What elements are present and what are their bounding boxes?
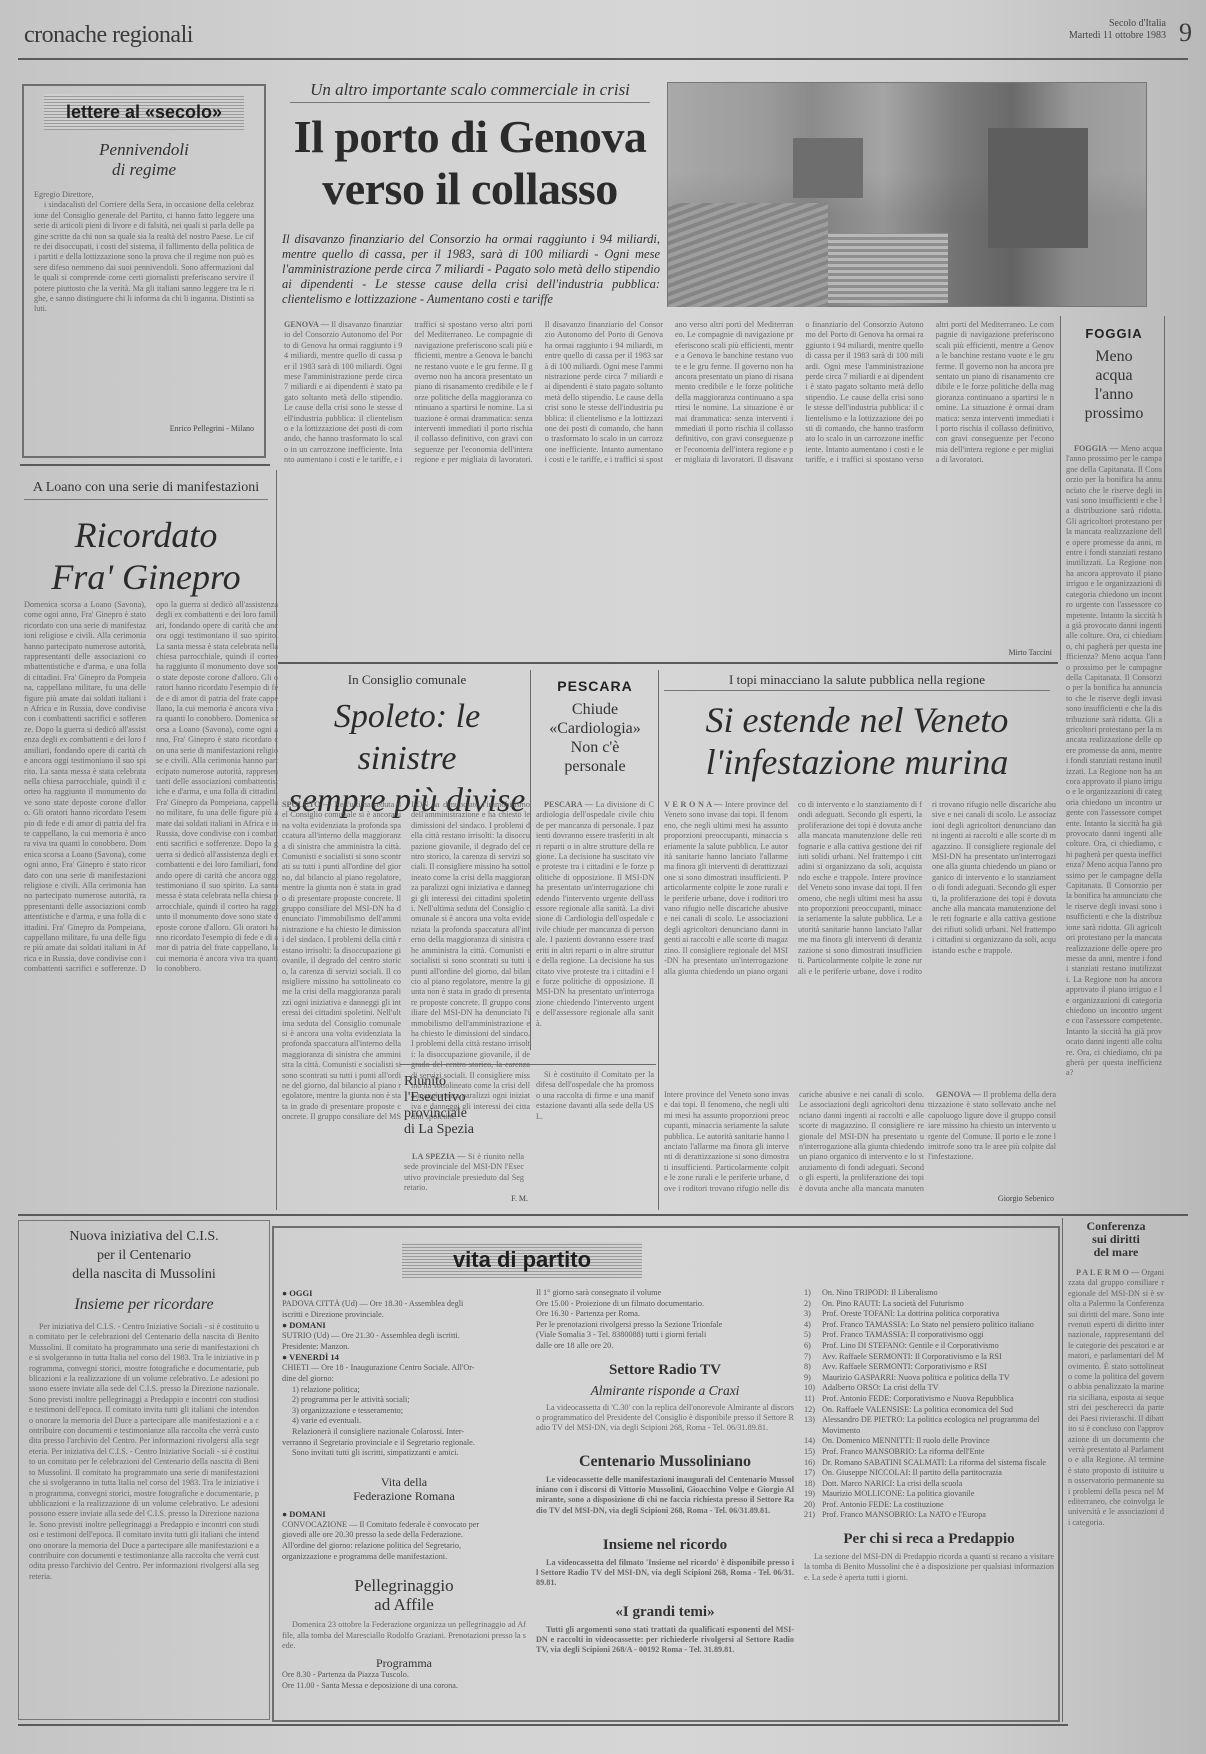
- letters-badge: lettere al «secolo»: [44, 94, 244, 130]
- speaker-text: Prof. Lino DI STEFANO: Gentile e il Corp…: [822, 1341, 999, 1352]
- vita-badge: vita di partito: [402, 1242, 642, 1278]
- section-label: ● DOMANI: [282, 1509, 526, 1520]
- vita-col1: ● OGGI PADOVA CITTÀ (Ud) — Ore 18.30 - A…: [282, 1288, 526, 1718]
- speaker-text: On. Domenico MENNITTI: Il ruolo delle Pr…: [822, 1436, 990, 1447]
- settore-subtitle: Almirante risponde a Craxi: [536, 1383, 794, 1399]
- insieme-body: La videocassetta del filmato 'Insieme ne…: [536, 1558, 794, 1590]
- temi-title: «I grandi temi»: [536, 1604, 794, 1621]
- vita-col2: Il 1° giorno sarà consegnato il volume O…: [536, 1288, 794, 1718]
- section-label: ● VENERDÌ 14: [282, 1352, 526, 1363]
- veneto-header: I topi minacciano la salute pubblica nel…: [664, 672, 1050, 783]
- foggia-box: FOGGIA Meno acqua l'anno prossimo: [1066, 326, 1162, 423]
- pescara-title: Chiude «Cardiologia» Non c'è personale: [534, 700, 656, 776]
- temi-body: Tutti gli argomenti sono stati trattati …: [536, 1625, 794, 1677]
- port-photo: [667, 82, 1147, 307]
- divider: [18, 1724, 1068, 1726]
- main-dateline: GENOVA —: [284, 320, 329, 329]
- speaker-item: 5)Prof. Franco TAMASSIA: Il corporativis…: [804, 1330, 1054, 1341]
- photo-ship: [988, 128, 1088, 248]
- letters-body: i sindacalisti del Corriere della Sera, …: [34, 200, 254, 422]
- pescara-badge: PESCARA: [534, 678, 656, 694]
- letters-signature: Enrico Pellegrini - Milano: [34, 424, 254, 433]
- speaker-text: Avv. Raffaele SERMONTI: Corporativismo e…: [822, 1362, 987, 1373]
- speaker-text: Prof. Antonio FEDE: Corporativismo e Nuo…: [822, 1394, 1014, 1405]
- column-rule: [530, 670, 531, 1050]
- column-rule: [1164, 316, 1165, 660]
- speaker-item: 13)Alessandro DE PIETRO: La politica eco…: [804, 1415, 1054, 1436]
- column-rule: [1062, 1218, 1063, 1722]
- speaker-text: Prof. Franco TAMASSIA: Il corporativismo…: [822, 1330, 984, 1341]
- veneto-body: V E R O N A — Intere province del Veneto…: [664, 800, 1056, 1090]
- speaker-text: On. Nino TRIPODI: Il Liberalismo: [822, 1288, 938, 1299]
- speaker-number: 7): [804, 1352, 822, 1363]
- speaker-item: 14)On. Domenico MENNITTI: Il ruolo delle…: [804, 1436, 1054, 1447]
- speaker-text: On. Pino RAUTI: La società del Futurismo: [822, 1299, 964, 1310]
- vita-di-partito-box: vita di partito ● OGGI PADOVA CITTÀ (Ud)…: [272, 1226, 1060, 1722]
- speaker-item: 15)Prof. Franco MANSOBRIO: La riforma de…: [804, 1447, 1054, 1458]
- divider: [400, 1064, 656, 1065]
- speaker-number: 6): [804, 1341, 822, 1352]
- loano-kicker: A Loano con una serie di manifestazioni: [24, 480, 268, 500]
- letters-box: lettere al «secolo» Pennivendoli di regi…: [22, 84, 266, 458]
- veneto-headline: Si estende nel Veneto l'infestazione mur…: [664, 699, 1050, 783]
- speaker-number: 10): [804, 1383, 822, 1394]
- divider: [20, 464, 270, 466]
- masthead-rule: [18, 58, 1188, 60]
- veneto-kicker: I topi minacciano la salute pubblica nel…: [664, 672, 1050, 691]
- conferenza-body: P A L E R M O — Organizzata dal gruppo c…: [1068, 1268, 1164, 1718]
- speaker-text: Prof. Franco TAMASSIA: Lo Stato nel pens…: [822, 1320, 1034, 1331]
- divider: [278, 662, 1058, 664]
- programma-title: Programma: [282, 1656, 526, 1670]
- pellegrinaggio-title: Pellegrinaggio ad Affile: [282, 1576, 526, 1614]
- section-label: ● OGGI: [282, 1288, 526, 1299]
- speaker-number: 15): [804, 1447, 822, 1458]
- cis-box: Nuova iniziativa del C.I.S. per il Cente…: [18, 1220, 270, 1720]
- letters-title: Pennivendoli di regime: [34, 140, 254, 180]
- predappio-title: Per chi si reca a Predappio: [804, 1531, 1054, 1548]
- conferenza-title: Conferenza sui diritti del mare: [1068, 1220, 1164, 1259]
- speaker-number: 17): [804, 1468, 822, 1479]
- speaker-number: 19): [804, 1489, 822, 1500]
- speaker-item: 12)On. Raffaele VALENSISE: La politica e…: [804, 1405, 1054, 1416]
- foggia-title: Meno acqua l'anno prossimo: [1066, 347, 1162, 423]
- speaker-text: Maurizio GASPARRI: Nuova politica e poli…: [822, 1373, 1010, 1384]
- loano-body: Domenica scorsa a Loano (Savona), come o…: [24, 600, 278, 1200]
- speaker-text: On. Raffaele VALENSISE: La politica econ…: [822, 1405, 1013, 1416]
- speaker-number: 18): [804, 1479, 822, 1490]
- speaker-item: 19)Maurizio MOLLICONE: La politica giova…: [804, 1489, 1054, 1500]
- speaker-item: 18)Dott. Marco NARICI: La crisi della sc…: [804, 1479, 1054, 1490]
- speaker-item: 11)Prof. Antonio FEDE: Corporativismo e …: [804, 1394, 1054, 1405]
- letters-salutation: Egregio Direttore,: [34, 190, 254, 200]
- speaker-text: Maurizio MOLLICONE: La politica giovanil…: [822, 1489, 974, 1500]
- column-rule: [276, 470, 277, 1210]
- speaker-number: 8): [804, 1362, 822, 1373]
- pellegrinaggio-body: Domenica 23 ottobre la Federazione organ…: [282, 1620, 526, 1652]
- pescara-body: PESCARA — La divisione di Cardiologia de…: [536, 800, 654, 1040]
- veneto-genova: GENOVA — Il problema della derattizzazio…: [928, 1090, 1056, 1190]
- masthead-info: Secolo d'Italia Martedì 11 ottobre 1983: [1069, 18, 1166, 42]
- photo-ship: [793, 138, 863, 198]
- divider: [18, 1214, 1188, 1216]
- main-kicker: Un altro importante scalo commerciale in…: [290, 80, 650, 103]
- spezia-headline: Riunito l'Esecutivo provinciale di La Sp…: [404, 1074, 524, 1138]
- photo-shore: [668, 203, 828, 307]
- photo-pier: [828, 233, 948, 303]
- speaker-item: 10)Adalberto ORSO: La crisi della TV: [804, 1383, 1054, 1394]
- speaker-text: On. Giuseppe NICCOLAI: Il partito della …: [822, 1468, 1002, 1479]
- speaker-item: 4)Prof. Franco TAMASSIA: Lo Stato nel pe…: [804, 1320, 1054, 1331]
- speaker-item: 9)Maurizio GASPARRI: Nuova politica e po…: [804, 1373, 1054, 1384]
- settore-title: Settore Radio TV: [536, 1362, 794, 1379]
- speaker-item: 1)On. Nino TRIPODI: Il Liberalismo: [804, 1288, 1054, 1299]
- loano-header: A Loano con una serie di manifestazioni …: [24, 480, 268, 598]
- speaker-item: 3)Prof. Oreste TOFANI: La dottrina polit…: [804, 1309, 1054, 1320]
- main-headline: Il porto di Genova verso il collasso: [290, 111, 650, 215]
- main-subhead: Il disavanzo finanziario del Consorzio h…: [282, 232, 660, 307]
- cis-subhead: Insieme per ricordare: [29, 1296, 259, 1314]
- newspaper-page: cronache regionali Secolo d'Italia Marte…: [0, 0, 1206, 1754]
- speaker-item: 8)Avv. Raffaele SERMONTI: Corporativismo…: [804, 1362, 1054, 1373]
- speaker-number: 1): [804, 1288, 822, 1299]
- issue-date: Martedì 11 ottobre 1983: [1069, 30, 1166, 42]
- loano-headline: Ricordato Fra' Ginepro: [24, 514, 268, 598]
- pescara-box: PESCARA Chiude «Cardiologia» Non c'è per…: [534, 678, 656, 776]
- veneto-body-cont: Intere province del Veneto sono invase d…: [664, 1090, 924, 1202]
- section-label: ● DOMANI: [282, 1320, 526, 1331]
- cis-body: Per iniziativa del C.I.S. - Centro Inizi…: [29, 1322, 259, 1712]
- column-rule: [658, 670, 659, 1210]
- speaker-number: 3): [804, 1309, 822, 1320]
- foggia-body: FOGGIA — Meno acqua l'anno prossimo per …: [1066, 444, 1162, 1204]
- insieme-title: Insieme nel ricordo: [536, 1537, 794, 1554]
- veneto-signature: Giorgio Sebenico: [930, 1194, 1054, 1203]
- speaker-number: 9): [804, 1373, 822, 1384]
- speaker-text: Prof. Franco MANSOBRIO: La NATO e l'Euro…: [822, 1510, 986, 1521]
- speaker-number: 21): [804, 1510, 822, 1521]
- speaker-number: 16): [804, 1458, 822, 1469]
- spoleto-kicker: In Consiglio comunale: [282, 672, 532, 688]
- speaker-text: Prof. Antonio FEDE: La costituzione: [822, 1500, 944, 1511]
- speaker-text: Prof. Oreste TOFANI: La dottrina politic…: [822, 1309, 999, 1320]
- speaker-text: Prof. Franco MANSOBRIO: La riforma dell'…: [822, 1447, 984, 1458]
- pescara-more: Si è costituito il Comitato per la difes…: [536, 1070, 654, 1210]
- main-story-header: Un altro importante scalo commerciale in…: [290, 80, 650, 215]
- predappio-body: La sezione del MSI-DN di Predappio ricor…: [804, 1552, 1054, 1596]
- main-signature: Mirto Taccini: [960, 648, 1052, 657]
- speaker-item: 21)Prof. Franco MANSOBRIO: La NATO e l'E…: [804, 1510, 1054, 1521]
- main-body: GENOVA — Il disavanzo finanziario del Co…: [284, 320, 1054, 658]
- foggia-badge: FOGGIA: [1066, 326, 1162, 341]
- speaker-item: 20)Prof. Antonio FEDE: La costituzione: [804, 1500, 1054, 1511]
- speaker-item: 7)Avv. Raffaele SERMONTI: Il Corporativi…: [804, 1352, 1054, 1363]
- speaker-text: Dott. Marco NARICI: La crisi della scuol…: [822, 1479, 962, 1490]
- paper-name: Secolo d'Italia: [1069, 18, 1166, 30]
- page-number: 9: [1179, 18, 1192, 48]
- speaker-text: Adalberto ORSO: La crisi della TV: [822, 1383, 939, 1394]
- column-rule: [1060, 316, 1061, 660]
- spezia-body: LA SPEZIA — Si è riunito nella sede prov…: [404, 1152, 524, 1202]
- speaker-number: 2): [804, 1299, 822, 1310]
- speaker-item: 6)Prof. Lino DI STEFANO: Gentile e il Co…: [804, 1341, 1054, 1352]
- speaker-text: Dr. Romano SABATINI SCALMATI: La riforma…: [822, 1458, 1046, 1469]
- speaker-text: Alessandro DE PIETRO: La politica ecolog…: [822, 1415, 1054, 1436]
- centenario-title: Centenario Mussoliniano: [536, 1453, 794, 1471]
- vita-col3: 1)On. Nino TRIPODI: Il Liberalismo2)On. …: [804, 1288, 1054, 1718]
- cis-headline: Nuova iniziativa del C.I.S. per il Cente…: [29, 1227, 259, 1284]
- speaker-item: 17)On. Giuseppe NICCOLAI: Il partito del…: [804, 1468, 1054, 1479]
- settore-body: La videocassetta di 'C.30' con la replic…: [536, 1403, 794, 1445]
- speaker-number: 5): [804, 1330, 822, 1341]
- speaker-number: 11): [804, 1394, 822, 1405]
- section-title: cronache regionali: [24, 22, 193, 49]
- speaker-item: 16)Dr. Romano SABATINI SCALMATI: La rifo…: [804, 1458, 1054, 1469]
- speaker-text: Avv. Raffaele SERMONTI: Il Corporativism…: [822, 1352, 1002, 1363]
- speaker-number: 20): [804, 1500, 822, 1511]
- speaker-number: 4): [804, 1320, 822, 1331]
- federazione-title: Vita della Federazione Romana: [282, 1475, 526, 1503]
- speaker-number: 13): [804, 1415, 822, 1436]
- speaker-number: 14): [804, 1436, 822, 1447]
- conferenza-header: Conferenza sui diritti del mare: [1068, 1220, 1164, 1259]
- centenario-body: Le videocassette delle manifestazioni in…: [536, 1475, 794, 1527]
- speaker-number: 12): [804, 1405, 822, 1416]
- speaker-item: 2)On. Pino RAUTI: La società del Futuris…: [804, 1299, 1054, 1310]
